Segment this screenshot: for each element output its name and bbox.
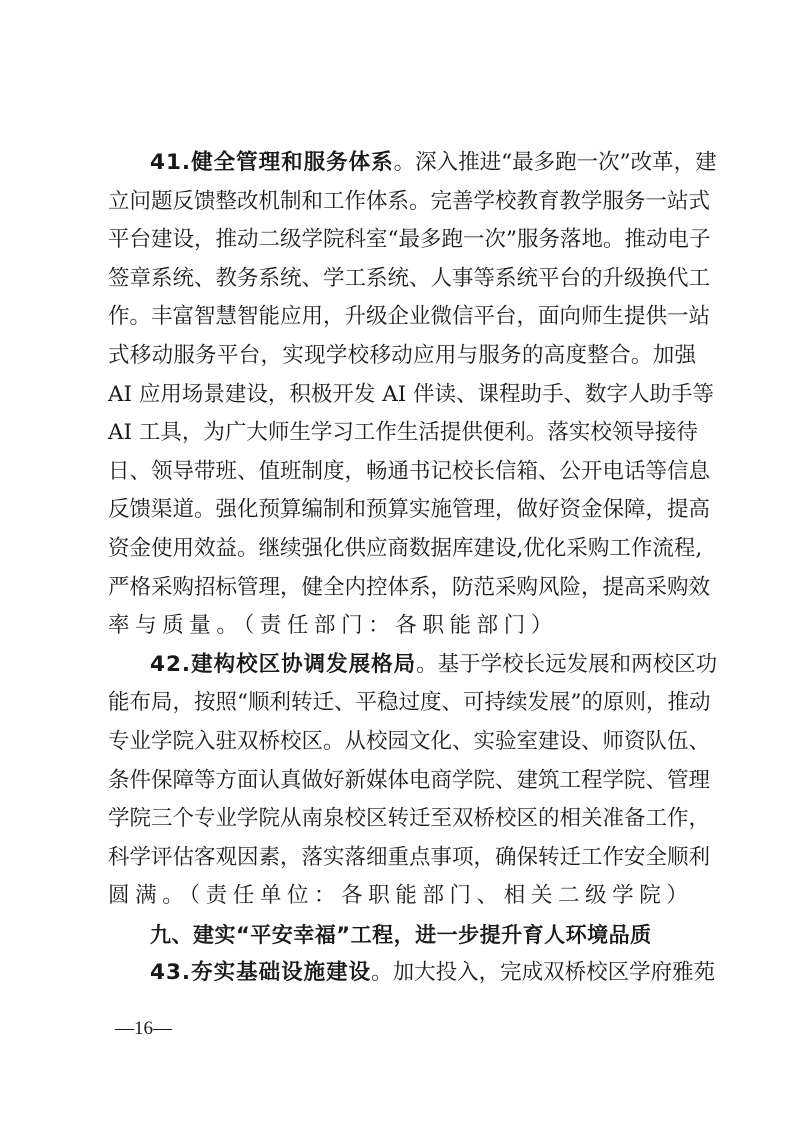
item-41-line-4: 签章系统、教务系统、学工系统、人事等系统平台的升级换代工 bbox=[108, 260, 696, 299]
item-42-line-5: 学院三个专业学院从南泉校区转迁至双桥校区的相关准备工作， bbox=[108, 800, 696, 839]
item-42-line-2: 能布局，按照“顺利转迁、平稳过度、可持续发展”的原则，推动 bbox=[108, 684, 696, 723]
item-42-line-3: 专业学院入驻双桥校区。从校园文化、实验室建设、师资队伍、 bbox=[108, 723, 696, 762]
item-41-line-1: 41.健全管理和服务体系。深入推进“最多跑一次”改革，建 bbox=[108, 144, 696, 183]
item-41-line-3: 平台建设，推动二级学院科室“最多跑一次”服务落地。推动电子 bbox=[108, 221, 696, 260]
item-41-line-8: AI 工具，为广大师生学习工作生活提供便利。落实校领导接待 bbox=[108, 414, 696, 453]
item-41-line-11: 资金使用效益。继续强化供应商数据库建设,优化采购工作流程, bbox=[108, 530, 696, 569]
page-number: —16— bbox=[115, 1018, 172, 1040]
item-43-title: 43.夯实基础设施建设 bbox=[150, 960, 371, 985]
item-41-line-9: 日、领导带班、值班制度，畅通书记校长信箱、公开电话等信息 bbox=[108, 453, 696, 492]
item-41-line-7: AI 应用场景建设，积极开发 AI 伴读、课程助手、数字人助手等 bbox=[108, 376, 696, 415]
document-page: 41.健全管理和服务体系。深入推进“最多跑一次”改革，建 立问题反馈整改机制和工… bbox=[108, 144, 696, 993]
item-42-line-1: 42.建构校区协调发展格局。基于学校长远发展和两校区功 bbox=[108, 646, 696, 685]
item-42-title: 42.建构校区协调发展格局 bbox=[150, 652, 416, 677]
item-41-line-2: 立问题反馈整改机制和工作体系。完善学校教育教学服务一站式 bbox=[108, 183, 696, 222]
item-41-title: 41.健全管理和服务体系 bbox=[150, 150, 394, 175]
section-heading-9: 九、建实“平安幸福”工程，进一步提升育人环境品质 bbox=[108, 916, 696, 955]
item-41-line-10: 反馈渠道。强化预算编制和预算实施管理，做好资金保障，提高 bbox=[108, 491, 696, 530]
item-41-line-13: 率与质量。（责任部门：各职能部门） bbox=[108, 607, 696, 646]
item-41-line-12: 严格采购招标管理，健全内控体系，防范采购风险，提高采购效 bbox=[108, 569, 696, 608]
item-41-line-6: 式移动服务平台，实现学校移动应用与服务的高度整合。加强 bbox=[108, 337, 696, 376]
item-43-line-1: 43.夯实基础设施建设。加大投入，完成双桥校区学府雅苑 bbox=[108, 954, 696, 993]
item-42-line-7: 圆满。（责任单位：各职能部门、相关二级学院） bbox=[108, 877, 696, 916]
item-42-line-4: 条件保障等方面认真做好新媒体电商学院、建筑工程学院、管理 bbox=[108, 762, 696, 801]
item-41-line-5: 作。丰富智慧智能应用，升级企业微信平台，面向师生提供一站 bbox=[108, 298, 696, 337]
item-42-line-6: 科学评估客观因素，落实落细重点事项，确保转迁工作安全顺利 bbox=[108, 839, 696, 878]
